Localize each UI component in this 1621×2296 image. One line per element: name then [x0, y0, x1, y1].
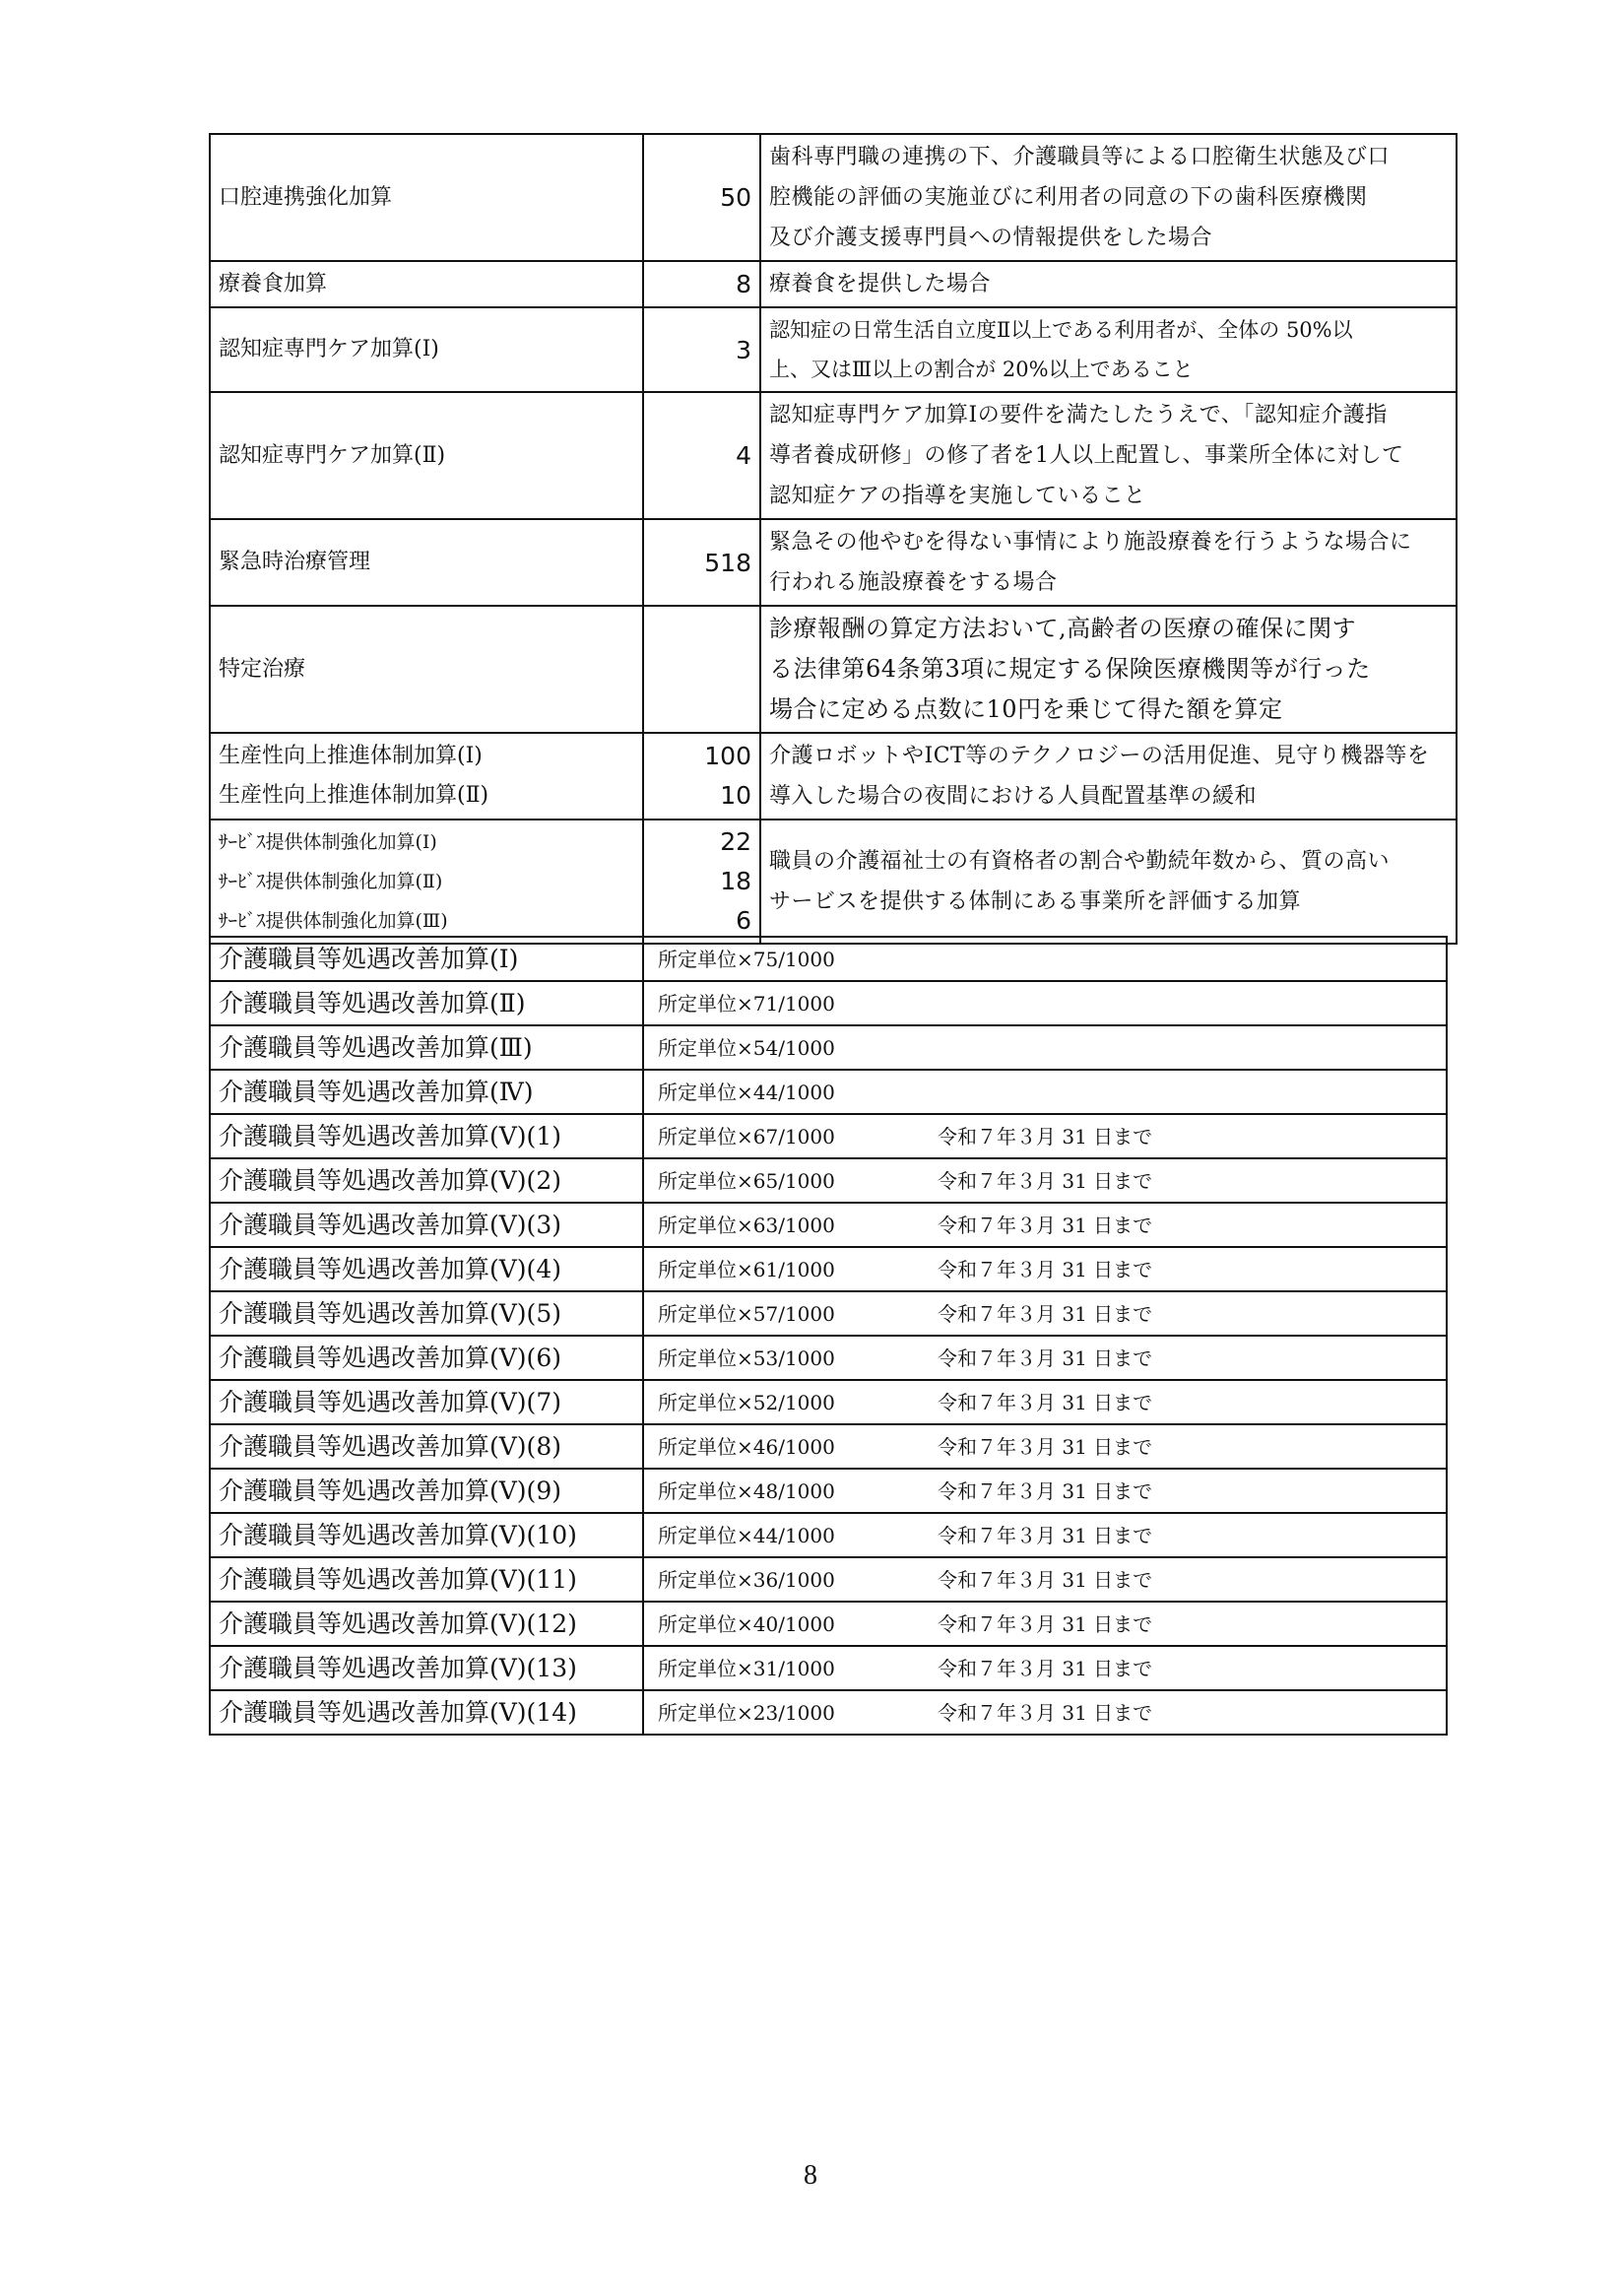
fee-units-group: 22 18 6	[643, 820, 760, 944]
fee-name-group: ｻｰﾋﾞｽ提供体制強化加算(Ⅰ) ｻｰﾋﾞｽ提供体制強化加算(Ⅱ) ｻｰﾋﾞｽ提…	[210, 820, 643, 944]
fee-description: 介護ロボットやICT等のテクノロジーの活用促進、見守り機器等を 導入した場合の夜…	[760, 733, 1457, 820]
table-row: 認知症専門ケア加算(Ⅰ) 3 認知症の日常生活自立度Ⅱ以上である利用者が、全体の…	[210, 307, 1457, 392]
fee-formula: 所定単位×31/1000	[658, 1659, 938, 1678]
fee-formula: 所定単位×46/1000	[658, 1437, 938, 1457]
table-row: 介護職員等処遇改善加算(Ⅲ)所定単位×54/1000	[210, 1025, 1447, 1070]
fee-calculation: 所定単位×75/1000	[643, 937, 1447, 981]
table-row: 介護職員等処遇改善加算(Ⅴ)(5)所定単位×57/1000令和７年３月 31 日…	[210, 1291, 1447, 1336]
fee-units: 3	[643, 307, 760, 392]
fee-calculation: 所定単位×31/1000令和７年３月 31 日まで	[643, 1646, 1447, 1690]
fee-name: 介護職員等処遇改善加算(Ⅲ)	[210, 1025, 643, 1070]
fee-calculation: 所定単位×52/1000令和７年３月 31 日まで	[643, 1380, 1447, 1424]
table-row: 認知症専門ケア加算(Ⅱ) 4 認知症専門ケア加算Ⅰの要件を満たしたうえで、「認知…	[210, 392, 1457, 519]
fee-calculation: 所定単位×23/1000令和７年３月 31 日まで	[643, 1690, 1447, 1735]
table-row: 緊急時治療管理 518 緊急その他やむを得ない事情により施設療養を行うような場合…	[210, 519, 1457, 606]
fee-calculation: 所定単位×61/1000令和７年３月 31 日まで	[643, 1247, 1447, 1291]
table-row: 口腔連携強化加算 50 歯科専門職の連携の下、介護職員等による口腔衛生状態及び口…	[210, 134, 1457, 261]
fee-description: 緊急その他やむを得ない事情により施設療養を行うような場合に 行われる施設療養をす…	[760, 519, 1457, 606]
fee-formula: 所定単位×44/1000	[658, 1082, 938, 1102]
fee-formula: 所定単位×23/1000	[658, 1703, 938, 1723]
table-row: 療養食加算 8 療養食を提供した場合	[210, 261, 1457, 307]
fee-formula: 所定単位×65/1000	[658, 1171, 938, 1191]
fee-calculation: 所定単位×53/1000令和７年３月 31 日まで	[643, 1336, 1447, 1380]
fee-expiry-note: 令和７年３月 31 日まで	[938, 1302, 1152, 1326]
fee-expiry-note: 令和７年３月 31 日まで	[938, 1701, 1152, 1725]
fee-units: 50	[643, 134, 760, 261]
fee-name: 口腔連携強化加算	[210, 134, 643, 261]
treatment-improvement-table: 介護職員等処遇改善加算(Ⅰ)所定単位×75/1000 介護職員等処遇改善加算(Ⅱ…	[209, 936, 1448, 1736]
table-row: 介護職員等処遇改善加算(Ⅴ)(3)所定単位×63/1000令和７年３月 31 日…	[210, 1203, 1447, 1247]
table-row: 介護職員等処遇改善加算(Ⅴ)(2)所定単位×65/1000令和７年３月 31 日…	[210, 1158, 1447, 1203]
fee-calculation: 所定単位×40/1000令和７年３月 31 日まで	[643, 1602, 1447, 1646]
fee-units: 518	[643, 519, 760, 606]
fee-name: 介護職員等処遇改善加算(Ⅴ)(9)	[210, 1469, 643, 1513]
fee-description: 診療報酬の算定方法おいて,高齢者の医療の確保に関す る法律第64条第3項に規定す…	[760, 606, 1457, 733]
table-row: 介護職員等処遇改善加算(Ⅴ)(6)所定単位×53/1000令和７年３月 31 日…	[210, 1336, 1447, 1380]
fee-expiry-note: 令和７年３月 31 日まで	[938, 1435, 1152, 1459]
fee-expiry-note: 令和７年３月 31 日まで	[938, 1612, 1152, 1636]
table-row: 介護職員等処遇改善加算(Ⅰ)所定単位×75/1000	[210, 937, 1447, 981]
fee-units	[643, 606, 760, 733]
fee-name-group: 生産性向上推進体制加算(Ⅰ) 生産性向上推進体制加算(Ⅱ)	[210, 733, 643, 820]
fee-name: 特定治療	[210, 606, 643, 733]
fee-name: 介護職員等処遇改善加算(Ⅳ)	[210, 1070, 643, 1114]
fee-description: 認知症の日常生活自立度Ⅱ以上である利用者が、全体の 50%以 上、又はⅢ以上の割…	[760, 307, 1457, 392]
fee-description: 療養食を提供した場合	[760, 261, 1457, 307]
fee-expiry-note: 令和７年３月 31 日まで	[938, 1524, 1152, 1547]
table-row: 介護職員等処遇改善加算(Ⅴ)(1)所定単位×67/1000令和７年３月 31 日…	[210, 1114, 1447, 1158]
fee-name: 認知症専門ケア加算(Ⅱ)	[210, 392, 643, 519]
fee-expiry-note: 令和７年３月 31 日まで	[938, 1169, 1152, 1193]
fee-name: 介護職員等処遇改善加算(Ⅴ)(5)	[210, 1291, 643, 1336]
fee-formula: 所定単位×40/1000	[658, 1614, 938, 1634]
fee-expiry-note: 令和７年３月 31 日まで	[938, 1214, 1152, 1237]
table-row: 介護職員等処遇改善加算(Ⅳ)所定単位×44/1000	[210, 1070, 1447, 1114]
table-row: 介護職員等処遇改善加算(Ⅴ)(12)所定単位×40/1000令和７年３月 31 …	[210, 1602, 1447, 1646]
table-row: 介護職員等処遇改善加算(Ⅴ)(14)所定単位×23/1000令和７年３月 31 …	[210, 1690, 1447, 1735]
table-row: 特定治療 診療報酬の算定方法おいて,高齢者の医療の確保に関す る法律第64条第3…	[210, 606, 1457, 733]
table-row: 介護職員等処遇改善加算(Ⅴ)(8)所定単位×46/1000令和７年３月 31 日…	[210, 1424, 1447, 1469]
fee-formula: 所定単位×57/1000	[658, 1304, 938, 1324]
document-page: 口腔連携強化加算 50 歯科専門職の連携の下、介護職員等による口腔衛生状態及び口…	[0, 0, 1621, 2296]
fee-name: 介護職員等処遇改善加算(Ⅴ)(2)	[210, 1158, 643, 1203]
table-row: 介護職員等処遇改善加算(Ⅴ)(13)所定単位×31/1000令和７年３月 31 …	[210, 1646, 1447, 1690]
fee-calculation: 所定単位×48/1000令和７年３月 31 日まで	[643, 1469, 1447, 1513]
fee-expiry-note: 令和７年３月 31 日まで	[938, 1258, 1152, 1281]
fee-description: 歯科専門職の連携の下、介護職員等による口腔衛生状態及び口 腔機能の評価の実施並び…	[760, 134, 1457, 261]
fee-formula: 所定単位×63/1000	[658, 1215, 938, 1235]
fee-formula: 所定単位×67/1000	[658, 1127, 938, 1147]
fee-name: 介護職員等処遇改善加算(Ⅴ)(13)	[210, 1646, 643, 1690]
fee-name: 緊急時治療管理	[210, 519, 643, 606]
fee-expiry-note: 令和７年３月 31 日まで	[938, 1479, 1152, 1503]
fee-name: 認知症専門ケア加算(Ⅰ)	[210, 307, 643, 392]
fee-name: 介護職員等処遇改善加算(Ⅴ)(1)	[210, 1114, 643, 1158]
table-row: 介護職員等処遇改善加算(Ⅴ)(11)所定単位×36/1000令和７年３月 31 …	[210, 1557, 1447, 1602]
fee-formula: 所定単位×48/1000	[658, 1481, 938, 1501]
table-row: ｻｰﾋﾞｽ提供体制強化加算(Ⅰ) ｻｰﾋﾞｽ提供体制強化加算(Ⅱ) ｻｰﾋﾞｽ提…	[210, 820, 1457, 944]
fee-calculation: 所定単位×46/1000令和７年３月 31 日まで	[643, 1424, 1447, 1469]
table-row: 生産性向上推進体制加算(Ⅰ) 生産性向上推進体制加算(Ⅱ) 100 10 介護ロ…	[210, 733, 1457, 820]
fee-name: 介護職員等処遇改善加算(Ⅴ)(12)	[210, 1602, 643, 1646]
additional-fees-table: 口腔連携強化加算 50 歯科専門職の連携の下、介護職員等による口腔衛生状態及び口…	[209, 133, 1458, 945]
fee-formula: 所定単位×44/1000	[658, 1526, 938, 1545]
fee-calculation: 所定単位×54/1000	[643, 1025, 1447, 1070]
fee-calculation: 所定単位×71/1000	[643, 981, 1447, 1025]
fee-name: 介護職員等処遇改善加算(Ⅴ)(11)	[210, 1557, 643, 1602]
fee-name: 介護職員等処遇改善加算(Ⅴ)(3)	[210, 1203, 643, 1247]
fee-description: 認知症専門ケア加算Ⅰの要件を満たしたうえで、「認知症介護指 導者養成研修」の修了…	[760, 392, 1457, 519]
fee-calculation: 所定単位×44/1000令和７年３月 31 日まで	[643, 1513, 1447, 1557]
fee-name: 介護職員等処遇改善加算(Ⅴ)(4)	[210, 1247, 643, 1291]
fee-formula: 所定単位×53/1000	[658, 1348, 938, 1368]
fee-name: 介護職員等処遇改善加算(Ⅴ)(8)	[210, 1424, 643, 1469]
table-row: 介護職員等処遇改善加算(Ⅱ)所定単位×71/1000	[210, 981, 1447, 1025]
table-row: 介護職員等処遇改善加算(Ⅴ)(7)所定単位×52/1000令和７年３月 31 日…	[210, 1380, 1447, 1424]
table-row: 介護職員等処遇改善加算(Ⅴ)(9)所定単位×48/1000令和７年３月 31 日…	[210, 1469, 1447, 1513]
table-row: 介護職員等処遇改善加算(Ⅴ)(10)所定単位×44/1000令和７年３月 31 …	[210, 1513, 1447, 1557]
fee-name: 介護職員等処遇改善加算(Ⅴ)(14)	[210, 1690, 643, 1735]
fee-expiry-note: 令和７年３月 31 日まで	[938, 1568, 1152, 1592]
fee-calculation: 所定単位×57/1000令和７年３月 31 日まで	[643, 1291, 1447, 1336]
fee-calculation: 所定単位×44/1000	[643, 1070, 1447, 1114]
fee-expiry-note: 令和７年３月 31 日まで	[938, 1657, 1152, 1680]
fee-formula: 所定単位×61/1000	[658, 1260, 938, 1279]
fee-formula: 所定単位×52/1000	[658, 1393, 938, 1412]
fee-expiry-note: 令和７年３月 31 日まで	[938, 1346, 1152, 1370]
fee-name: 介護職員等処遇改善加算(Ⅰ)	[210, 937, 643, 981]
fee-formula: 所定単位×75/1000	[658, 950, 938, 969]
fee-description: 職員の介護福祉士の有資格者の割合や勤続年数から、質の高い サービスを提供する体制…	[760, 820, 1457, 944]
fee-formula: 所定単位×54/1000	[658, 1038, 938, 1058]
fee-expiry-note: 令和７年３月 31 日まで	[938, 1125, 1152, 1148]
fee-calculation: 所定単位×67/1000令和７年３月 31 日まで	[643, 1114, 1447, 1158]
fee-name: 介護職員等処遇改善加算(Ⅴ)(7)	[210, 1380, 643, 1424]
page-number: 8	[0, 2160, 1621, 2192]
fee-units: 4	[643, 392, 760, 519]
fee-name: 療養食加算	[210, 261, 643, 307]
fee-formula: 所定単位×36/1000	[658, 1570, 938, 1590]
fee-name: 介護職員等処遇改善加算(Ⅱ)	[210, 981, 643, 1025]
fee-calculation: 所定単位×63/1000令和７年３月 31 日まで	[643, 1203, 1447, 1247]
fee-units-group: 100 10	[643, 733, 760, 820]
fee-name: 介護職員等処遇改善加算(Ⅴ)(10)	[210, 1513, 643, 1557]
fee-name: 介護職員等処遇改善加算(Ⅴ)(6)	[210, 1336, 643, 1380]
table-row: 介護職員等処遇改善加算(Ⅴ)(4)所定単位×61/1000令和７年３月 31 日…	[210, 1247, 1447, 1291]
fee-units: 8	[643, 261, 760, 307]
fee-calculation: 所定単位×36/1000令和７年３月 31 日まで	[643, 1557, 1447, 1602]
fee-expiry-note: 令和７年３月 31 日まで	[938, 1391, 1152, 1414]
fee-formula: 所定単位×71/1000	[658, 994, 938, 1014]
fee-calculation: 所定単位×65/1000令和７年３月 31 日まで	[643, 1158, 1447, 1203]
